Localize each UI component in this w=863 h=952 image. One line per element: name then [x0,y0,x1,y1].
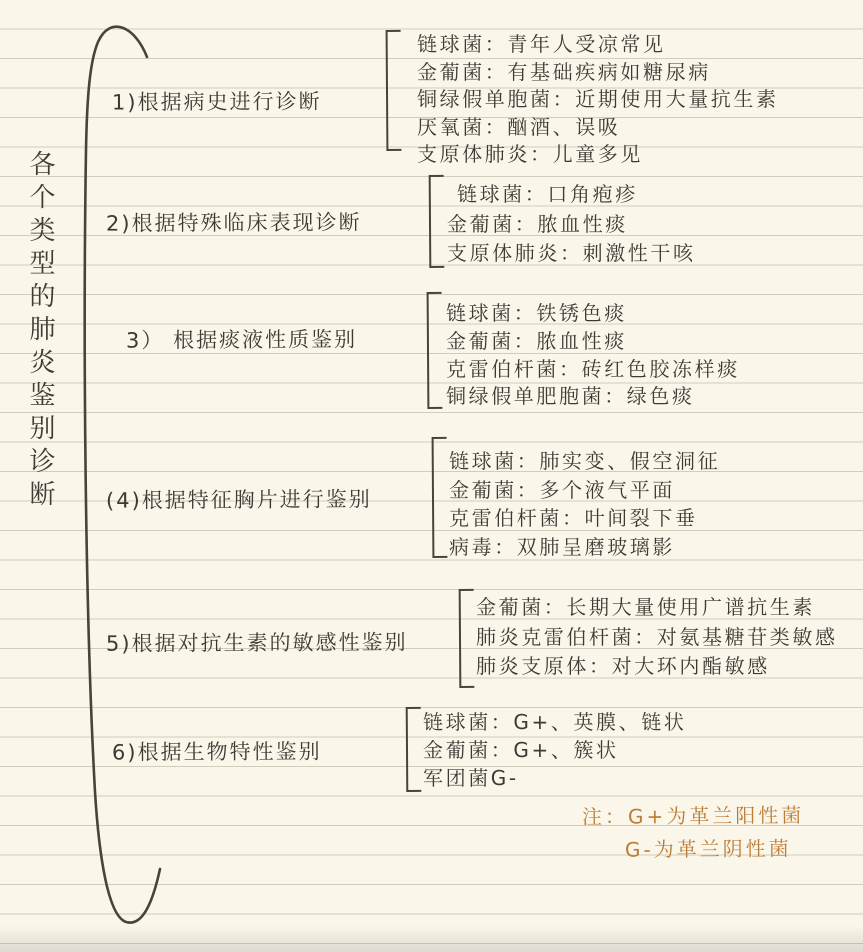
section-2-items: 链球菌：口角疱疹 金葡菌：脓血性痰 支原体肺炎：刺激性干咳 [447,180,696,269]
list-item: 链球菌：G+、英膜、链状 [423,709,686,737]
section-4-items: 链球菌：肺实变、假空洞征 金葡菌：多个液气平面 克雷伯杆菌：叶间裂下垂 病毒：双… [449,447,720,561]
list-item: 支原体肺炎：刺激性干咳 [447,239,696,269]
section-2-label: 2)根据特殊临床表现诊断 [106,206,362,237]
list-item: 铜绿假单肥胞菌：绿色痰 [446,383,740,411]
list-item: 支原体肺炎：儿童多见 [417,141,779,169]
section-6-label: 6)根据生物特性鉴别 [112,735,322,766]
list-item: 克雷伯杆菌：叶间裂下垂 [449,504,720,533]
section-1-items: 链球菌：青年人受凉常见 金葡菌：有基础疾病如糖尿病 铜绿假单胞菌：近期使用大量抗… [417,31,779,169]
note-line-negative: G-为革兰阴性菌 [625,832,792,862]
section-5-bracket [459,589,462,688]
section-2-bracket [429,175,432,268]
list-item: 金葡菌：多个液气平面 [449,476,720,505]
list-item: 克雷伯杆菌：砖红色胶冻样痰 [446,356,740,384]
list-item: 病毒：双肺呈磨玻璃影 [449,533,720,562]
list-item: 金葡菌：G+、簇状 [423,737,686,765]
list-item: 肺炎克雷伯杆菌：对氨基糖苷类敏感 [476,623,838,653]
list-item: 肺炎支原体：对大环内酯敏感 [476,652,838,682]
list-item: 金葡菌：脓血性痰 [446,328,740,356]
list-item: 厌氧菌：酗酒、误吸 [417,114,779,142]
list-item: 链球菌：口角疱疹 [447,180,696,210]
section-4-bracket [432,437,435,558]
section-1-bracket [386,30,389,151]
section-4-label: (4)根据特征胸片进行鉴别 [106,483,372,514]
list-item: 金葡菌：有基础疾病如糖尿病 [417,59,779,87]
notebook-page: 各个类型的肺炎鉴别诊断 1)根据病史进行诊断 链球菌：青年人受凉常见 金葡菌：有… [0,0,863,952]
list-item: 链球菌：肺实变、假空洞征 [449,447,720,476]
list-item: 金葡菌：长期大量使用广谱抗生素 [476,593,838,623]
list-item: 军团菌G- [423,765,686,793]
section-1-label: 1)根据病史进行诊断 [112,85,322,116]
note-line-positive: 注：G+为革兰阳性菌 [582,799,804,830]
section-3-bracket [427,292,430,409]
section-3-label: 3） 根据痰液性质鉴别 [126,323,357,354]
list-item: 铜绿假单胞菌：近期使用大量抗生素 [417,86,779,114]
section-6-items: 链球菌：G+、英膜、链状 金葡菌：G+、簇状 军团菌G- [423,709,686,792]
main-brace-curve [0,0,180,952]
list-item: 链球菌：青年人受凉常见 [417,31,779,59]
list-item: 链球菌：铁锈色痰 [446,300,740,328]
section-6-bracket [406,707,409,792]
list-item: 金葡菌：脓血性痰 [447,210,696,240]
section-5-items: 金葡菌：长期大量使用广谱抗生素 肺炎克雷伯杆菌：对氨基糖苷类敏感 肺炎支原体：对… [476,593,838,682]
section-3-items: 链球菌：铁锈色痰 金葡菌：脓血性痰 克雷伯杆菌：砖红色胶冻样痰 铜绿假单肥胞菌：… [446,300,740,411]
section-5-label: 5)根据对抗生素的敏感性鉴别 [106,626,408,658]
